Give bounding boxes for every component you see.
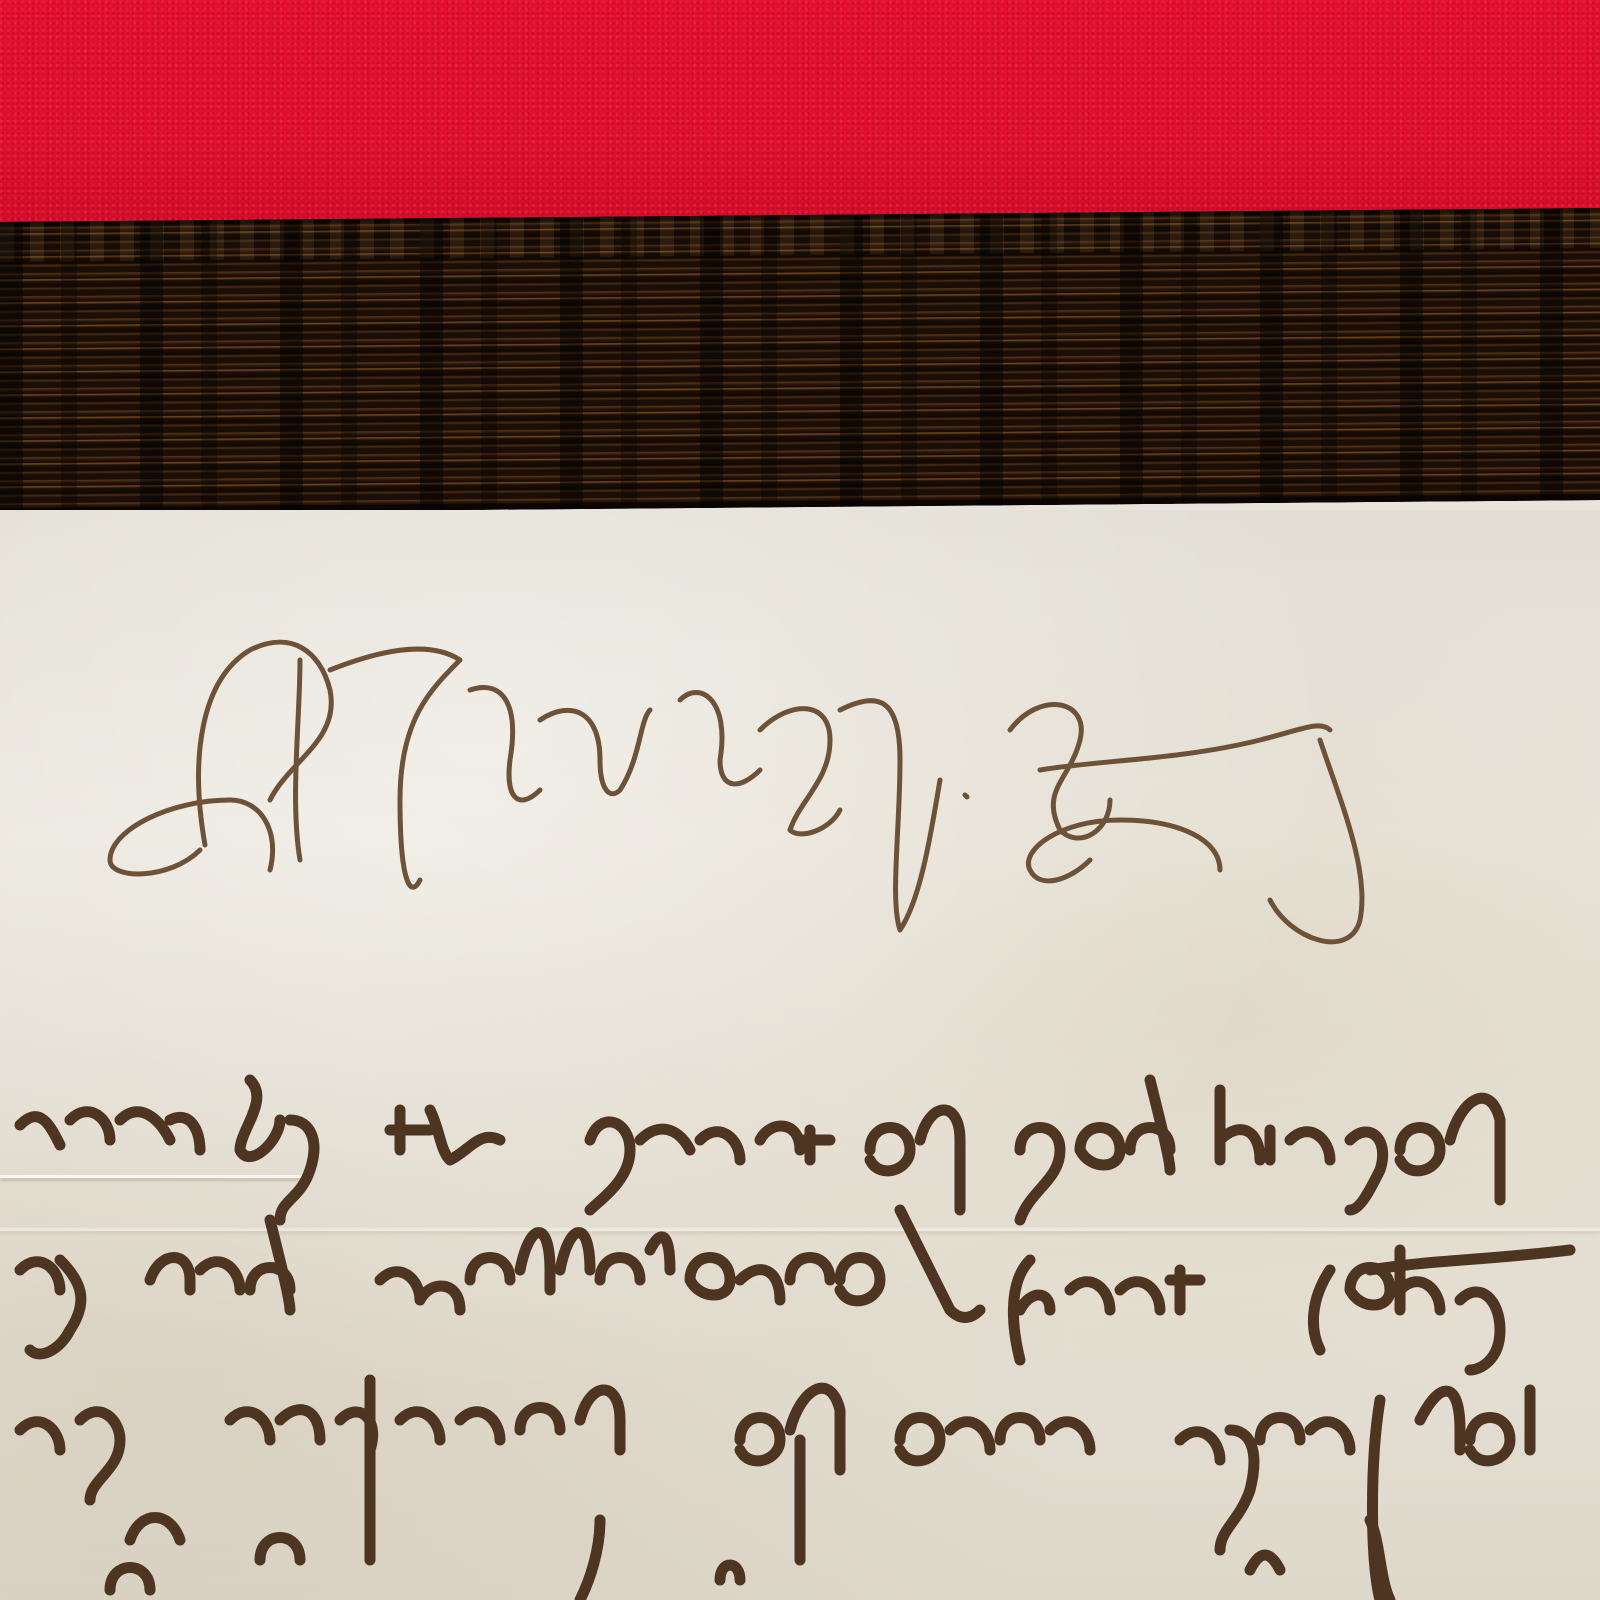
- manuscript-text: [20, 1080, 1570, 1600]
- royal-signature: [110, 642, 1362, 942]
- manuscript-ink: [0, 0, 1600, 1600]
